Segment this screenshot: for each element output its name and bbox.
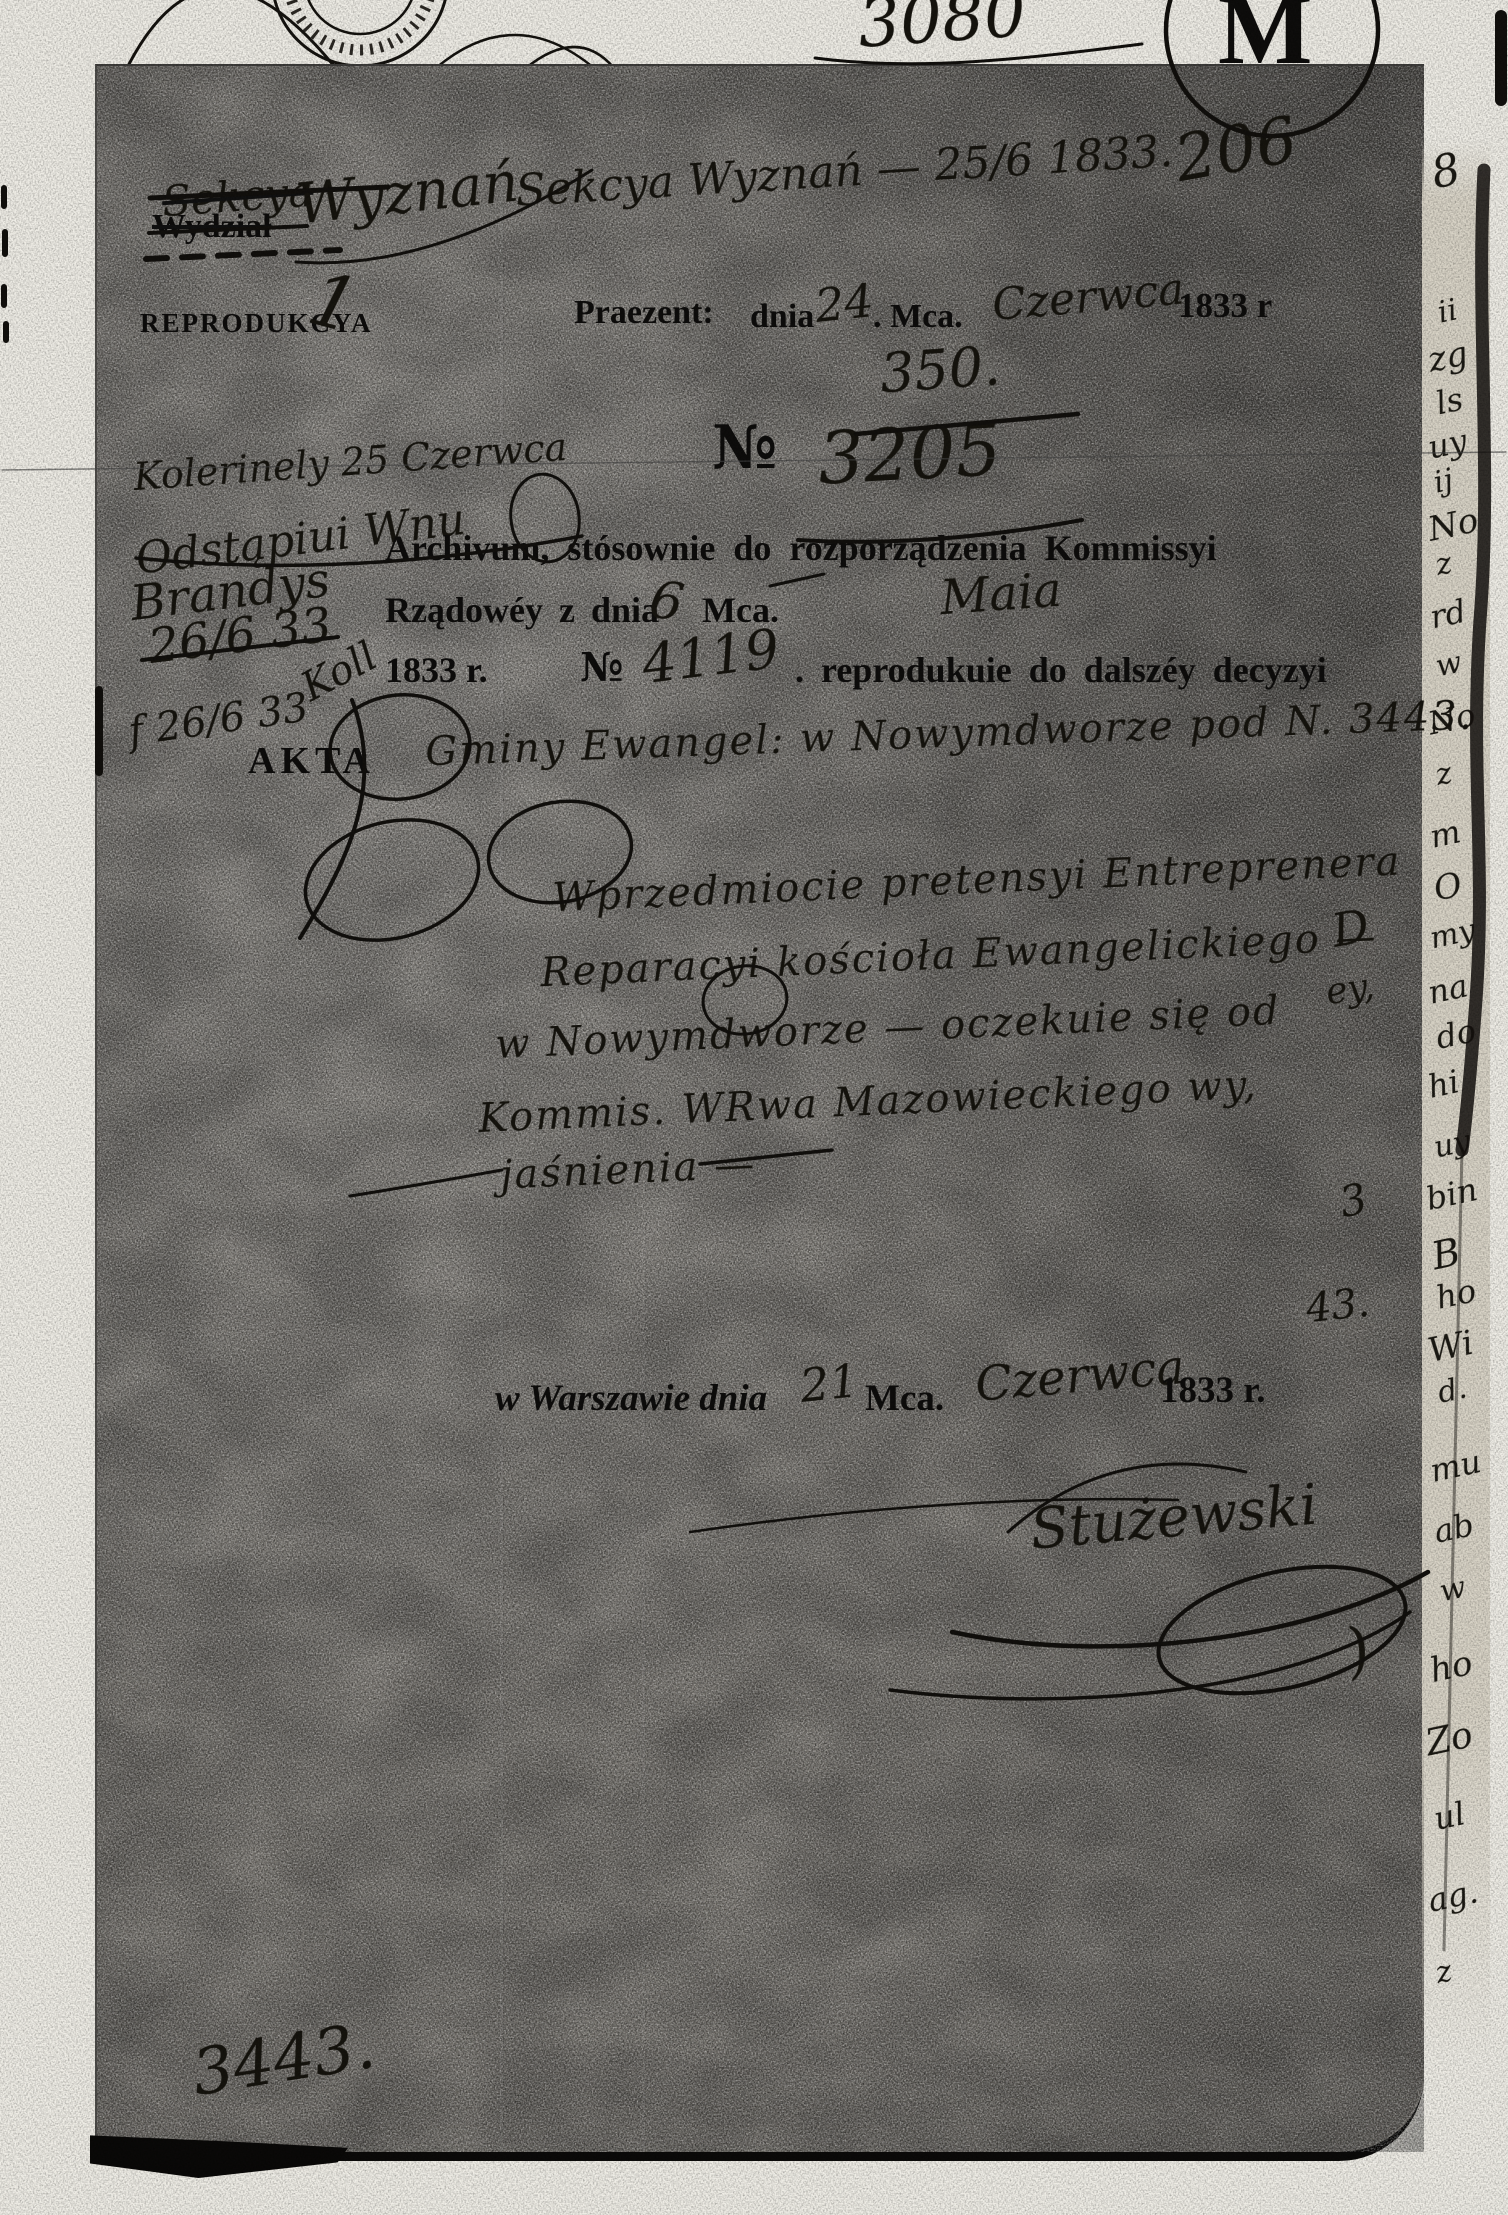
margin-ink-fragment: 43.: [1304, 1283, 1371, 1329]
footer-year: 1833 r.: [1160, 1372, 1266, 1409]
body-printed-line3-end: . reprodukuie do dalszéy decyzyi: [795, 652, 1327, 688]
body-number-sign: №: [580, 648, 623, 688]
old-number-crossed: 350.: [878, 339, 1002, 401]
bleed-fragment: hi: [1425, 1065, 1462, 1103]
bleed-fragment: do: [1433, 1014, 1479, 1054]
bleed-fragment: ul: [1431, 1797, 1468, 1835]
margin-ink-fragment: ey,: [1324, 969, 1377, 1011]
paragraph-line: jaśnienia —: [499, 1144, 757, 1195]
bleed-fragment: Wi: [1425, 1326, 1476, 1369]
seal-inner-ring: [304, 0, 416, 34]
body-printed-line2: Rządowéy z dnia: [385, 592, 659, 628]
bleed-fragment: Zo: [1423, 1718, 1476, 1763]
monogram-m-stamp: M: [1218, 0, 1312, 80]
body-month-handwritten: Maia: [938, 566, 1063, 622]
number-sign-label: №: [712, 418, 777, 478]
bleed-fragment: my: [1427, 916, 1478, 955]
seal-floral-band: [288, 0, 432, 50]
seal-outer-ring: [272, 0, 448, 66]
present-label: Praezent:: [574, 296, 714, 330]
bleed-fragment: rd: [1427, 595, 1469, 634]
bleed-fragment: bin: [1423, 1173, 1480, 1215]
year-value: 1833 r: [1178, 288, 1272, 323]
bleed-fragment: m: [1427, 815, 1463, 853]
bleed-fragment: ho: [1427, 1646, 1476, 1688]
crossed-division-label: Wydział: [152, 210, 272, 244]
bleed-fragment: uy: [1425, 424, 1469, 463]
bleed-fragment: ag.: [1425, 1875, 1480, 1917]
footer-month-label: Mca.: [865, 1380, 944, 1417]
bleed-fragment: w: [1433, 648, 1464, 683]
body-printed-line3: 1833 r.: [385, 652, 488, 688]
footer-place-line: w Warszawie dnia: [495, 1380, 767, 1417]
bleed-fragment: ho: [1433, 1274, 1479, 1314]
scanned-document: 3080 M: [0, 0, 1508, 2215]
bleed-fragment: mu: [1427, 1445, 1483, 1487]
bleed-fragment: zg: [1425, 336, 1471, 378]
akta-label: AKTA: [248, 742, 375, 780]
footer-day-handwritten: 21: [798, 1357, 861, 1409]
month-label: . Mca.: [873, 300, 963, 334]
day-label: dnia: [750, 300, 814, 334]
bleed-fragment: na: [1425, 969, 1470, 1009]
bleed-fragment: ab: [1431, 1508, 1476, 1548]
body-number-handwritten: 4119: [639, 622, 782, 692]
body-printed-line1: Archivum, stósownie do rozporządzenia Ko…: [385, 530, 1217, 566]
bleed-fragment: w: [1437, 1573, 1468, 1608]
top-page-number: 3080: [856, 0, 1028, 58]
document-number-handwritten: 3205: [816, 413, 1003, 494]
bleed-fragment: uy: [1431, 1127, 1473, 1164]
bleed-fragment: d.: [1435, 1373, 1469, 1408]
bleed-fragment: No: [1425, 503, 1481, 547]
day-value-handwritten: 24: [813, 277, 876, 329]
